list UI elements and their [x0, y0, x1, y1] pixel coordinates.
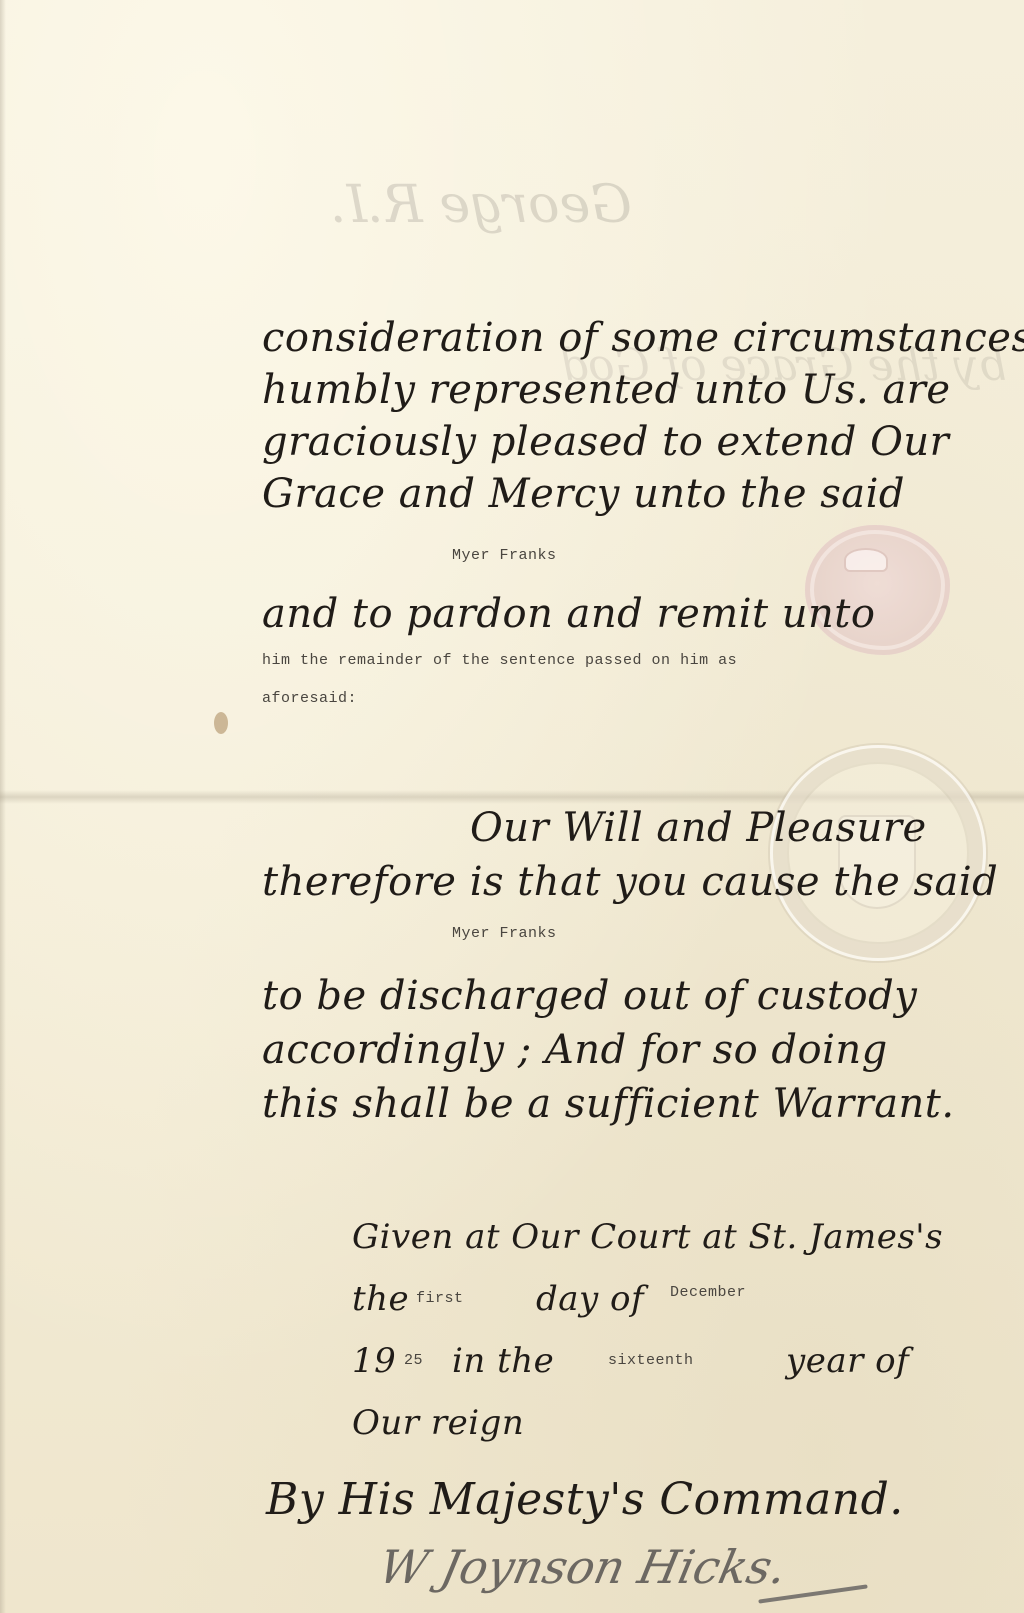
given-day: first	[416, 1290, 464, 1307]
given-year-of-label: year of	[786, 1344, 909, 1378]
paper-edge-shadow	[0, 0, 6, 1613]
typed-name-1: Myer Franks	[452, 547, 557, 564]
given-the-label: the	[352, 1282, 409, 1316]
given-month: December	[670, 1284, 746, 1301]
script-line-3: graciously pleased to extend Our	[262, 422, 949, 462]
ink-stain	[214, 712, 228, 734]
ghost-signature-bleedthrough: George R.I.	[330, 175, 632, 235]
given-reign-label: Our reign	[352, 1406, 524, 1440]
script-line-1: consideration of some circumstances	[262, 318, 1024, 358]
crown-icon	[846, 550, 886, 570]
command-line: By His Majesty's Command.	[266, 1478, 904, 1522]
given-in-the-label: in the	[452, 1344, 554, 1378]
script-line-10: this shall be a sufficient Warrant.	[262, 1084, 955, 1124]
given-day-of-label: day of	[536, 1282, 644, 1316]
script-line-8: to be discharged out of custody	[262, 976, 917, 1016]
script-line-4: Grace and Mercy unto the said	[262, 474, 905, 514]
script-line-2: humbly represented unto Us. are	[262, 370, 951, 410]
given-at-line: Given at Our Court at St. James's	[352, 1220, 943, 1254]
script-line-7: therefore is that you cause the said	[262, 862, 998, 902]
given-regnal-year: sixteenth	[608, 1352, 694, 1369]
document-page: George R.I. George the Fifth, by the Gra…	[0, 0, 1024, 1613]
script-line-6: Our Will and Pleasure	[470, 808, 927, 848]
signature: W Joynson Hicks.	[374, 1540, 791, 1594]
typed-remainder-line-2: aforesaid:	[262, 690, 357, 707]
given-year-prefix: 19	[352, 1344, 396, 1378]
typed-name-2: Myer Franks	[452, 925, 557, 942]
given-year-suffix: 25	[404, 1352, 423, 1369]
script-line-5: and to pardon and remit unto	[262, 594, 875, 634]
typed-remainder-line-1: him the remainder of the sentence passed…	[262, 652, 737, 669]
script-line-9: accordingly ; And for so doing	[262, 1030, 888, 1070]
